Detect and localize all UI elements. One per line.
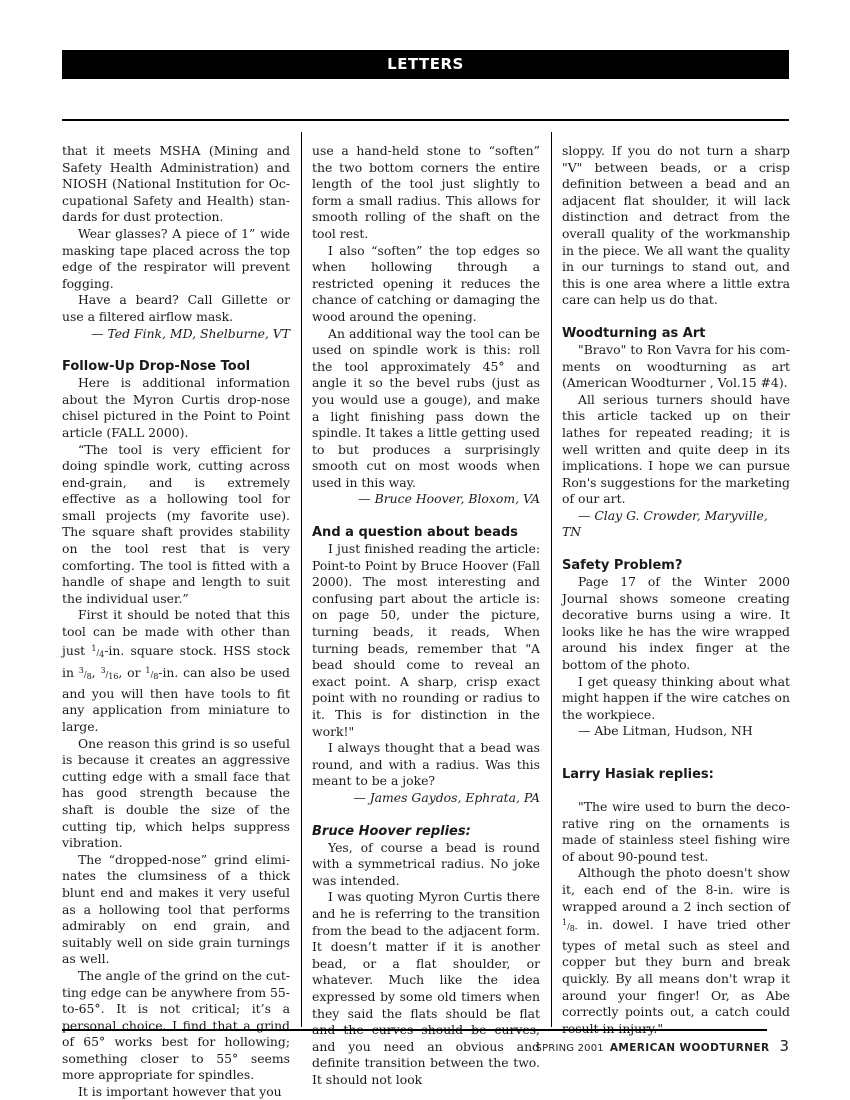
paragraph: Page 17 of the Winter 2000 Journal shows… <box>562 574 790 674</box>
section-header-bar: LETTERS <box>62 50 789 79</box>
paragraph: I also “soften” the top edges so when ho… <box>312 243 540 326</box>
page-footer: SPRING 2001 AMERICAN WOODTURNER 3 <box>536 1037 789 1055</box>
column-1: that it meets MSHA (Mining and Safety He… <box>62 143 290 1100</box>
fraction: 3/16 <box>100 670 118 679</box>
letter-signature: — Ted Fink, MD, Shelburne, VT <box>62 326 290 343</box>
paragraph: It is important however that you <box>62 1084 290 1100</box>
letter-signature: — James Gaydos, Ephrata, PA <box>312 790 540 807</box>
paragraph: use a hand-held stone to “soften” the tw… <box>312 143 540 243</box>
paragraph: "The wire used to burn the deco­rative r… <box>562 799 790 865</box>
paragraph: sloppy. If you do not turn a sharp "V" b… <box>562 143 790 309</box>
letter-signature: — Abe Litman, Hudson, NH <box>562 723 790 740</box>
paragraph: All serious turners should have this art… <box>562 392 790 508</box>
fraction: 1/8- <box>562 922 578 931</box>
paragraph-with-fractions: Although the photo doesn't show it, each… <box>562 865 790 1037</box>
paragraph: An additional way the tool can be used o… <box>312 326 540 492</box>
letter-signature: — Clay G. Crowder, Maryville, TN <box>562 508 790 541</box>
paragraph: Yes, of course a bead is round with a sy… <box>312 840 540 890</box>
paragraph: Here is additional information about the… <box>62 375 290 441</box>
issue-date: SPRING 2001 <box>536 1043 604 1054</box>
fraction: 3/8 <box>79 670 92 679</box>
paragraph: Wear glasses? A piece of 1” wide masking… <box>62 226 290 292</box>
paragraph: I get queasy thinking about what might h… <box>562 674 790 724</box>
fraction: 1/4 <box>91 648 104 657</box>
letter-heading: Safety Problem? <box>562 557 790 574</box>
letter-heading: And a question about beads <box>312 524 540 541</box>
paragraph: The angle of the grind on the cut­ting e… <box>62 968 290 1084</box>
column-divider-2 <box>551 132 552 1027</box>
paragraph: I always thought that a bead was round, … <box>312 740 540 790</box>
letter-signature: — Bruce Hoover, Bloxom, VA <box>312 491 540 508</box>
page-number: 3 <box>779 1037 789 1055</box>
paragraph: that it meets MSHA (Mining and Safety He… <box>62 143 290 226</box>
letter-heading: Follow-Up Drop-Nose Tool <box>62 358 290 375</box>
column-3: sloppy. If you do not turn a sharp "V" b… <box>562 143 790 1037</box>
paragraph: The “dropped-nose” grind elimi­nates the… <box>62 852 290 968</box>
bottom-rule-divider <box>62 1029 767 1031</box>
reply-heading: Larry Hasiak replies: <box>562 766 790 783</box>
magazine-title: AMERICAN WOODTURNER <box>610 1042 770 1054</box>
fraction: 1/8 <box>145 670 158 679</box>
paragraph: Have a beard? Call Gillette or use a fil… <box>62 292 290 325</box>
column-2: use a hand-held stone to “soften” the tw… <box>312 143 540 1088</box>
letter-heading: Woodturning as Art <box>562 325 790 342</box>
paragraph: “The tool is very efficient for doing sp… <box>62 442 290 608</box>
top-rule-divider <box>62 119 789 121</box>
paragraph: "Bravo" to Ron Vavra for his com­ments o… <box>562 342 790 392</box>
paragraph: One reason this grind is so useful is be… <box>62 736 290 852</box>
paragraph: I was quoting Myron Curtis there and he … <box>312 889 540 1088</box>
paragraph: I just finished reading the article: Poi… <box>312 541 540 740</box>
reply-heading: Bruce Hoover replies: <box>312 823 540 840</box>
section-title: LETTERS <box>387 55 464 73</box>
paragraph-with-fractions: First it should be noted that this tool … <box>62 607 290 735</box>
column-divider-1 <box>301 132 302 1027</box>
